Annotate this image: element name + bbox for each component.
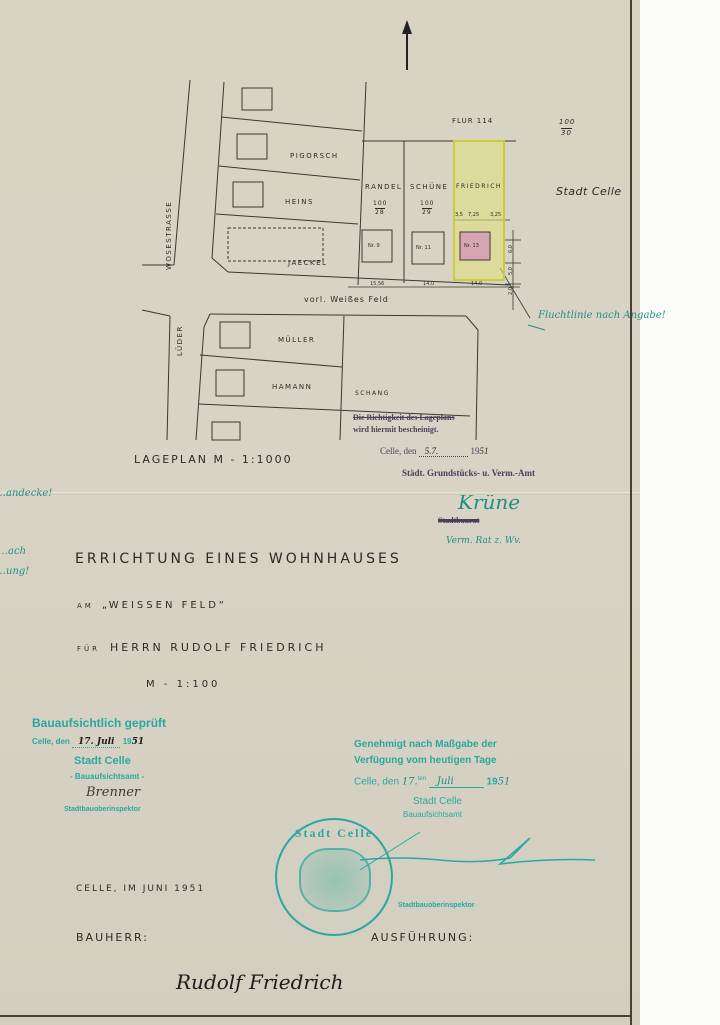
inspection-signature: Brenner [86,785,140,800]
survey-date-prefix: Celle, den [380,446,417,456]
parcel-number-top: 100 [559,118,575,126]
schuene-plot-number-bottom: 29 [422,208,432,216]
city-label: Stadt Celle [556,185,622,198]
inspection-stamp-date: Celle, den 17. Juli 1951 [32,737,144,747]
survey-stamp-line1: Die Richtigkeit des Lageplans [353,413,455,422]
survey-stamp-line2: wird hiermit bescheinigt. [353,425,439,434]
note-fluchtlinie: Fluchtlinie nach Angabe! [538,310,666,321]
dim-friedrich-house-width: 7,25 [468,212,479,218]
bauherr-label: BAUHERR: [76,931,149,944]
approval-year-prefix: 19 [486,776,497,787]
street-weisses-feld: vorl. Weißes Feld [304,295,389,304]
plot-hamann: HAMANN [272,383,312,391]
paper-fold [0,492,640,495]
approval-stamp-date: Celle, den 17.ten Juli 1951 [354,776,510,787]
plot-randel: RANDEL [365,183,402,191]
survey-date-year-prefix: 19 [471,446,480,456]
dim-depth-1: 6,0 [508,245,514,253]
survey-stamp-date: Celle, den 5.7. 1951 [380,446,489,456]
approval-stamp-city: Stadt Celle [413,796,462,807]
schuene-plot-number-top: 100 [420,200,434,207]
plot-mueller: MÜLLER [278,336,315,344]
frame-border-bottom [0,1015,632,1017]
inspection-stamp-line1: Bauaufsichtlich geprüft [32,716,166,730]
title-line-3: FÜRHERRN RUDOLF FRIEDRICH [77,641,327,654]
parcel-number-bottom: 30 [561,128,572,137]
margin-note-1: …andecke! [0,488,52,499]
approval-stamp-title: Stadtbauoberinspektor [398,902,475,909]
randel-plot-number-top: 100 [373,200,387,207]
site-plan-scale-label: LAGEPLAN M - 1:1000 [134,453,293,466]
house-number-randel: Nr. 9 [368,243,380,249]
title-line-2-text: „WEISSEN FELD“ [102,600,227,611]
title-line-2-prefix: AM [77,602,94,610]
place-date: CELLE, IM JUNI 1951 [76,884,205,894]
dim-friedrich-setback-left: 3,5 [455,212,463,218]
approval-year: 51 [498,776,511,787]
dim-randel-width: 15,56 [370,281,384,287]
flur-label: FLUR 114 [452,117,493,125]
survey-struck-title: Stadtbaurat [438,516,479,525]
title-scale: M - 1:100 [146,679,220,690]
title-line-2: AM„WEISSEN FELD“ [77,600,227,611]
plot-jaeckel: JAECKEL [288,259,327,267]
house-number-schuene: Nr. 11 [416,245,431,251]
north-arrow-icon [401,20,413,72]
plot-pigorsch: PIGORSCH [290,152,339,160]
approval-stamp-line2: Verfügung vom heutigen Tage [354,755,497,766]
randel-plot-number-bottom: 28 [375,208,385,216]
frame-border-right [630,0,632,1025]
title-line-1: ERRICHTUNG EINES WOHNHAUSES [75,551,402,567]
title-line-3-prefix: FÜR [77,645,100,653]
margin-note-3: …ung! [0,566,29,577]
plot-schang: SCHANG [355,390,390,397]
inspection-date-prefix: Celle, den [32,737,70,746]
approval-stamp-office: Bauaufsichtsamt [403,810,462,819]
inspection-year-prefix: 19 [123,737,132,746]
approval-stamp-line1: Genehmigt nach Maßgabe der [354,739,497,750]
survey-handwritten-title: Verm. Rat z. Wv. [446,536,521,546]
plot-friedrich: FRIEDRICH [456,183,502,190]
approval-date-prefix: Celle, den [354,776,399,787]
plot-schuene: SCHÜNE [410,183,448,191]
dim-friedrich-width: 14,0 [471,281,482,287]
margin-note-2: …ach [0,546,26,557]
approval-signature [360,830,600,880]
inspection-stamp-city: Stadt Celle [74,755,131,767]
inspection-year: 51 [132,737,145,747]
plot-heins: HEINS [285,198,314,206]
dim-schuene-width: 14,0 [423,281,434,287]
approval-date-day: 17. [402,776,418,787]
house-number-friedrich: Nr. 13 [464,243,479,249]
inspection-stamp-office: - Bauaufsichtsamt - [70,772,144,781]
survey-date-day: 5.7. [419,446,469,457]
approval-date-month: Juli [429,776,484,788]
dim-friedrich-setback-right: 3,25 [490,212,501,218]
dim-depth-3: 2,0 [508,287,514,295]
inspection-stamp-title: Stadtbauoberinspektor [64,806,141,813]
title-line-3-text: HERRN RUDOLF FRIEDRICH [110,641,326,654]
approval-date-sup: ten [418,776,426,782]
street-lueder: LÜDER [176,325,184,356]
survey-stamp-office: Städt. Grundstücks- u. Verm.-Amt [402,468,535,478]
street-wosestrasse: WOSESTRASSE [165,201,173,270]
inspection-date: 17. Juli [72,737,120,748]
bauherr-signature: Rudolf Friedrich [176,970,343,994]
site-plan-drawing [0,0,640,470]
survey-date-year: 51 [480,446,489,456]
ausfuehrung-label: AUSFÜHRUNG: [371,931,474,944]
dim-depth-2: 5,0 [508,267,514,275]
